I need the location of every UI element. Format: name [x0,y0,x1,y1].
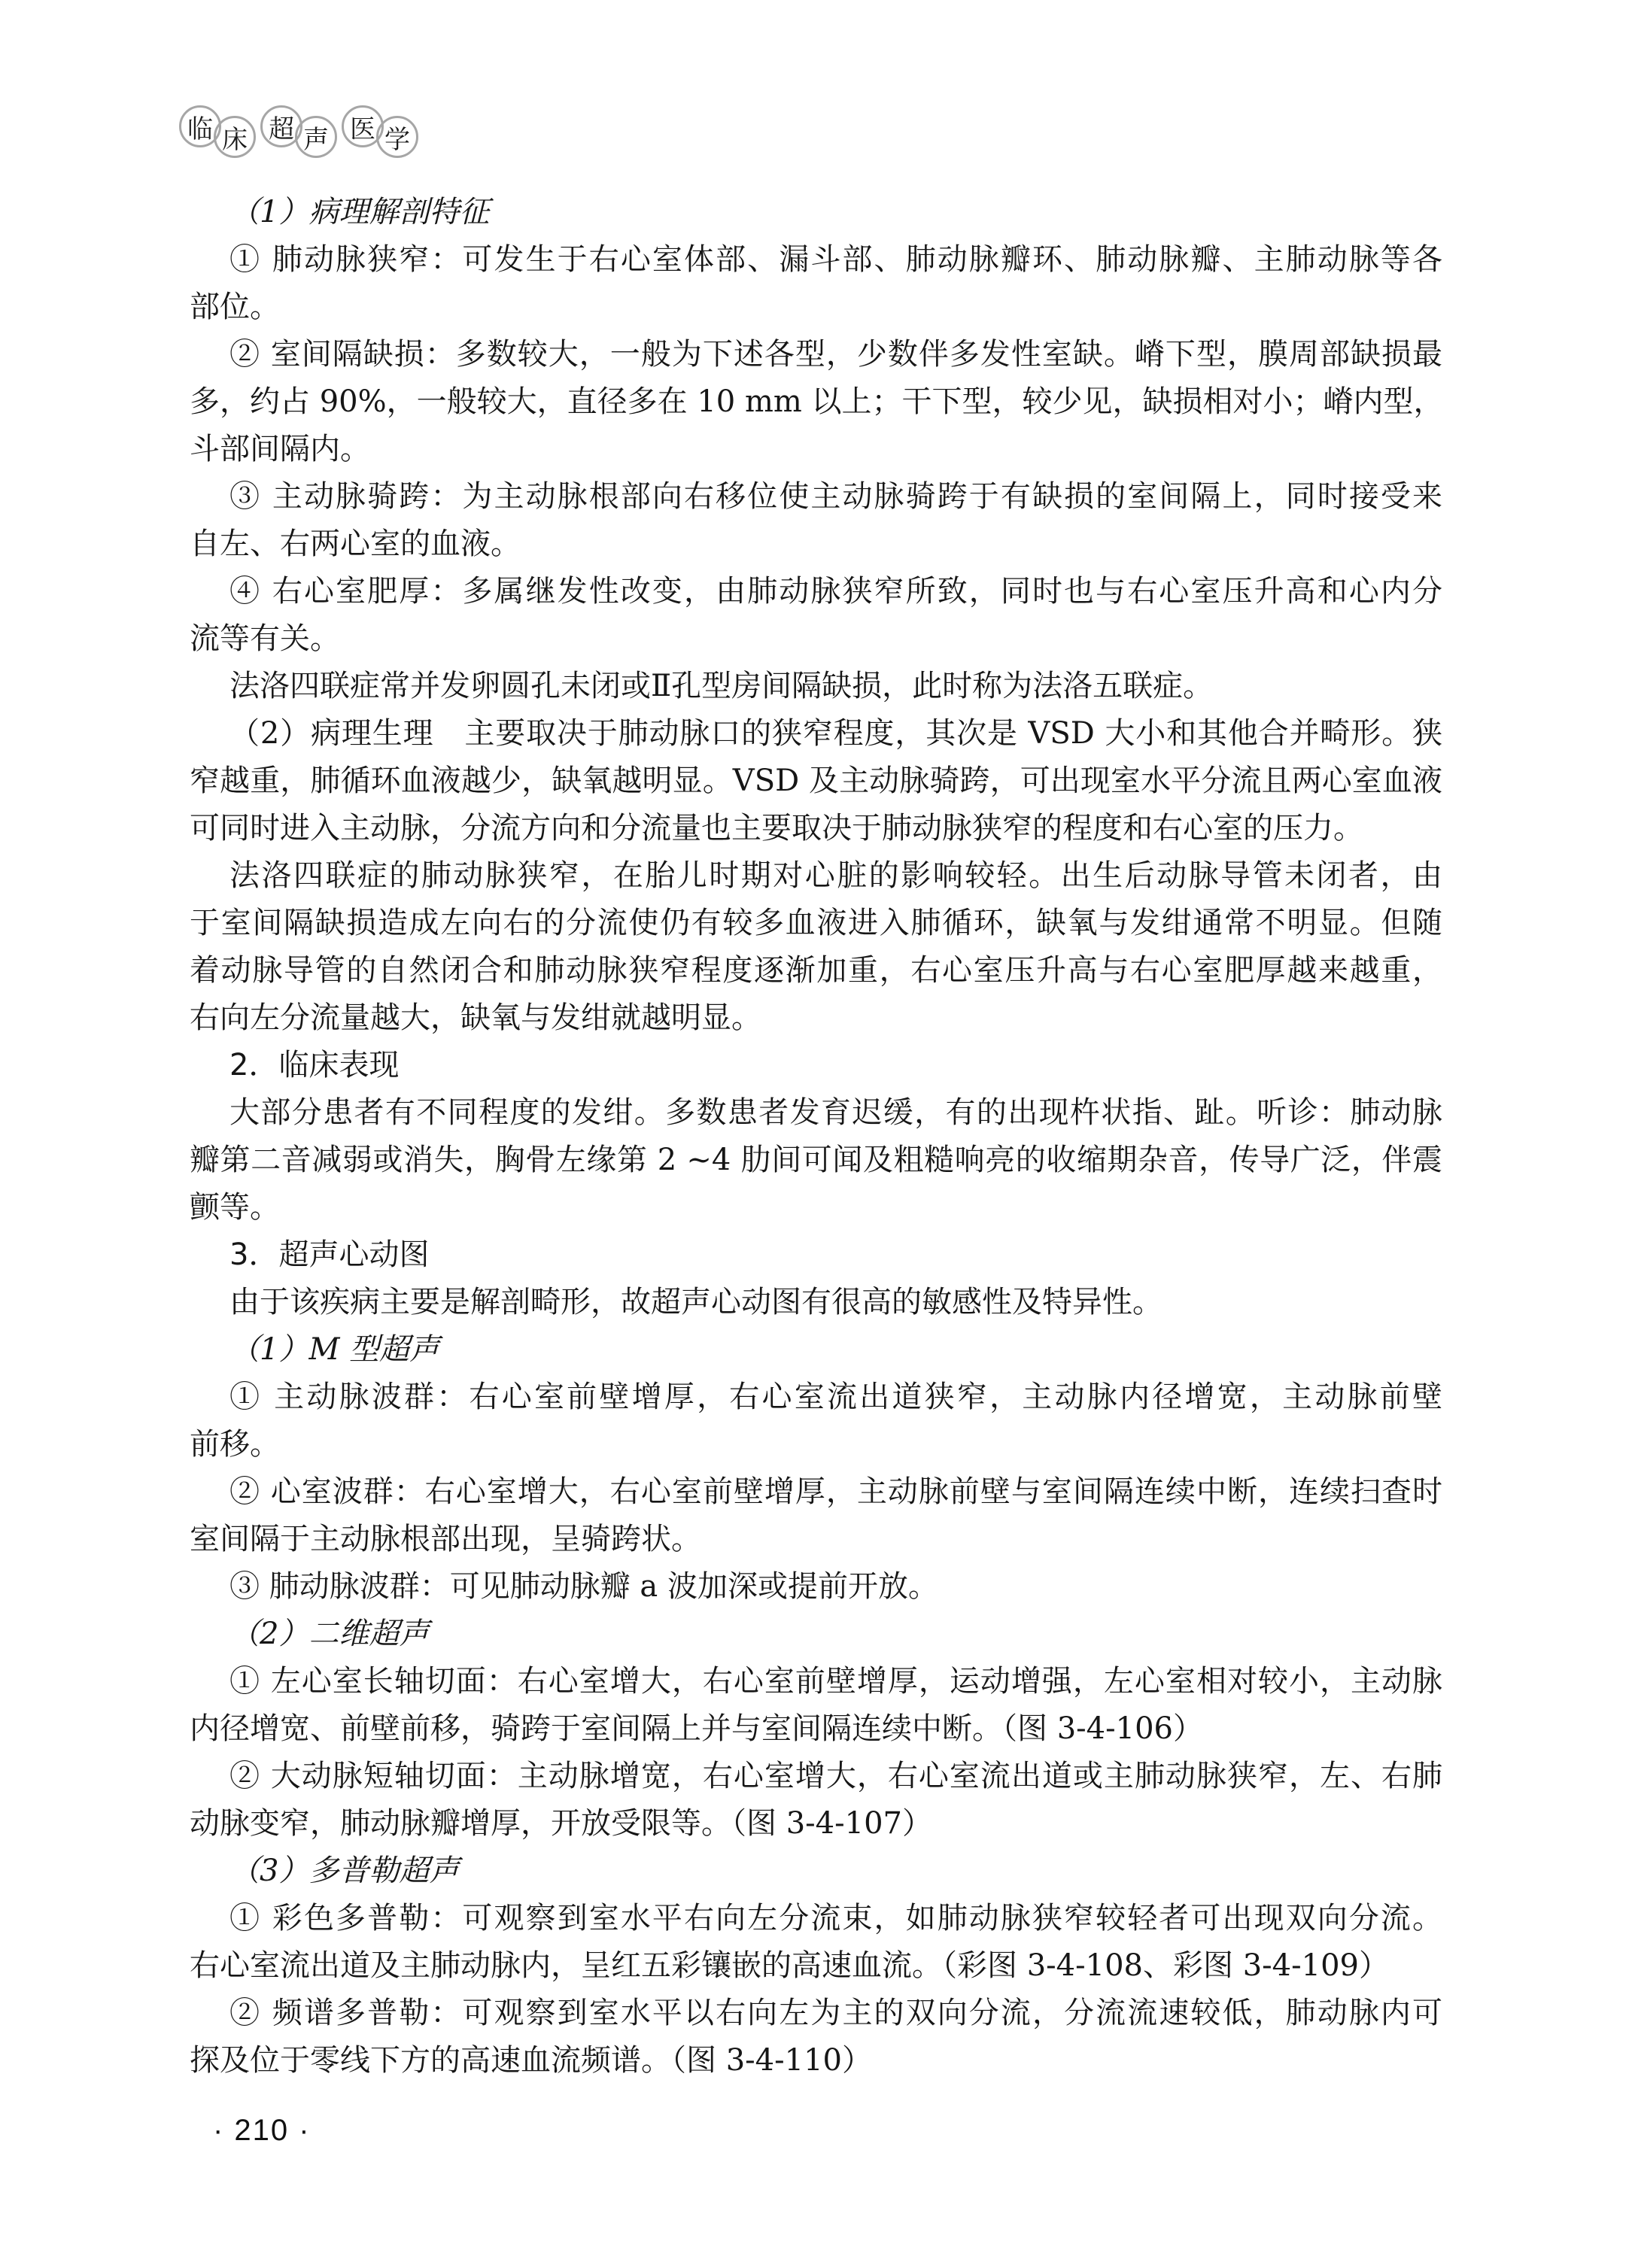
page-number: · 210 · [213,2114,311,2148]
text-line: 动脉变窄，肺动脉瓣增厚，开放受限等。（图 3-4-107） [190,1805,1442,1853]
text-line: 于室间隔缺损造成左向右的分流使仍有较多血液进入肺循环，缺氧与发绀通常不明显。但随 [190,905,1442,952]
text-line: 自左、右两心室的血液。 [190,526,1442,573]
text-line: 右心室流出道及主肺动脉内，呈红五彩镶嵌的高速血流。（彩图 3-4-108、彩图 … [190,1948,1442,1995]
subsection-heading: （1）M 型超声 [190,1331,1442,1379]
text-line: ② 室间隔缺损：多数较大，一般为下述各型，少数伴多发性室缺。嵴下型，膜周部缺损最 [190,336,1442,384]
text-line: 流等有关。 [190,621,1442,668]
text-line: 法洛四联症的肺动脉狭窄，在胎儿时期对心脏的影响较轻。出生后动脉导管未闭者，由 [190,858,1442,905]
text-line: ① 肺动脉狭窄：可发生于右心室体部、漏斗部、肺动脉瓣环、肺动脉瓣、主肺动脉等各 [190,241,1442,289]
section-heading: 2．临床表现 [190,1047,1442,1095]
text-line: 可同时进入主动脉，分流方向和分流量也主要取决于肺动脉狭窄的程度和右心室的压力。 [190,810,1442,858]
text-line: ② 大动脉短轴切面：主动脉增宽，右心室增大，右心室流出道或主肺动脉狭窄，左、右肺 [190,1758,1442,1805]
text-line: 瓣第二音减弱或消失，胸骨左缘第 2 ~4 肋间可闻及粗糙响亮的收缩期杂音，传导广… [190,1142,1442,1189]
subsection-heading: （1）病理解剖特征 [190,194,1442,241]
text-line: 由于该疾病主要是解剖畸形，故超声心动图有很高的敏感性及特异性。 [190,1284,1442,1331]
body-text: （1）病理解剖特征① 肺动脉狭窄：可发生于右心室体部、漏斗部、肺动脉瓣环、肺动脉… [190,194,1442,2090]
text-line: 大部分患者有不同程度的发绀。多数患者发育迟缓，有的出现杵状指、趾。听诊：肺动脉 [190,1095,1442,1142]
text-line: ④ 右心室肥厚：多属继发性改变，由肺动脉狭窄所致，同时也与右心室压升高和心内分 [190,573,1442,621]
text-line: 内径增宽、前壁前移，骑跨于室间隔上并与室间隔连续中断。（图 3-4-106） [190,1711,1442,1758]
text-line: ② 频谱多普勒：可观察到室水平以右向左为主的双向分流，分流流速较低，肺动脉内可 [190,1995,1442,2042]
text-line: 窄越重，肺循环血液越少，缺氧越明显。VSD 及主动脉骑跨，可出现室水平分流且两心… [190,763,1442,810]
text-line: 颤等。 [190,1189,1442,1237]
text-line: 探及位于零线下方的高速血流频谱。（图 3-4-110） [190,2042,1442,2090]
text-line: ③ 肺动脉波群：可见肺动脉瓣 a 波加深或提前开放。 [190,1568,1442,1616]
section-heading: 3．超声心动图 [190,1237,1442,1284]
subsection-heading: （2）二维超声 [190,1616,1442,1663]
text-line: 多，约占 90%，一般较大，直径多在 10 mm 以上；干下型，较少见，缺损相对… [190,384,1442,431]
text-line: ③ 主动脉骑跨：为主动脉根部向右移位使主动脉骑跨于有缺损的室间隔上，同时接受来 [190,478,1442,526]
text-line: ① 主动脉波群：右心室前壁增厚，右心室流出道狭窄，主动脉内径增宽，主动脉前壁 [190,1379,1442,1426]
text-line: 前移。 [190,1426,1442,1474]
header-circled-char: 学 [376,116,418,158]
text-line: 右向左分流量越大，缺氧与发绀就越明显。 [190,1000,1442,1047]
header-circled-char: 床 [214,116,256,158]
text-line: ② 心室波群：右心室增大，右心室前壁增厚，主动脉前壁与室间隔连续中断，连续扫查时 [190,1474,1442,1521]
text-line: ① 左心室长轴切面：右心室增大，右心室前壁增厚，运动增强，左心室相对较小，主动脉 [190,1663,1442,1711]
text-line: ① 彩色多普勒：可观察到室水平右向左分流束，如肺动脉狭窄较轻者可出现双向分流。 [190,1900,1442,1948]
text-line: 室间隔于主动脉根部出现，呈骑跨状。 [190,1521,1442,1568]
text-line: （2）病理生理 主要取决于肺动脉口的狭窄程度，其次是 VSD 大小和其他合并畸形… [190,715,1442,763]
text-line: 着动脉导管的自然闭合和肺动脉狭窄程度逐渐加重，右心室压升高与右心室肥厚越来越重， [190,952,1442,1000]
text-line: 法洛四联症常并发卵圆孔未闭或Ⅱ孔型房间隔缺损，此时称为法洛五联症。 [190,668,1442,715]
subsection-heading: （3）多普勒超声 [190,1853,1442,1900]
running-header-book-title: 临 床 超 声 医 学 [179,105,480,165]
text-line: 斗部间隔内。 [190,431,1442,478]
text-line: 部位。 [190,289,1442,336]
header-circled-char: 声 [295,116,337,158]
